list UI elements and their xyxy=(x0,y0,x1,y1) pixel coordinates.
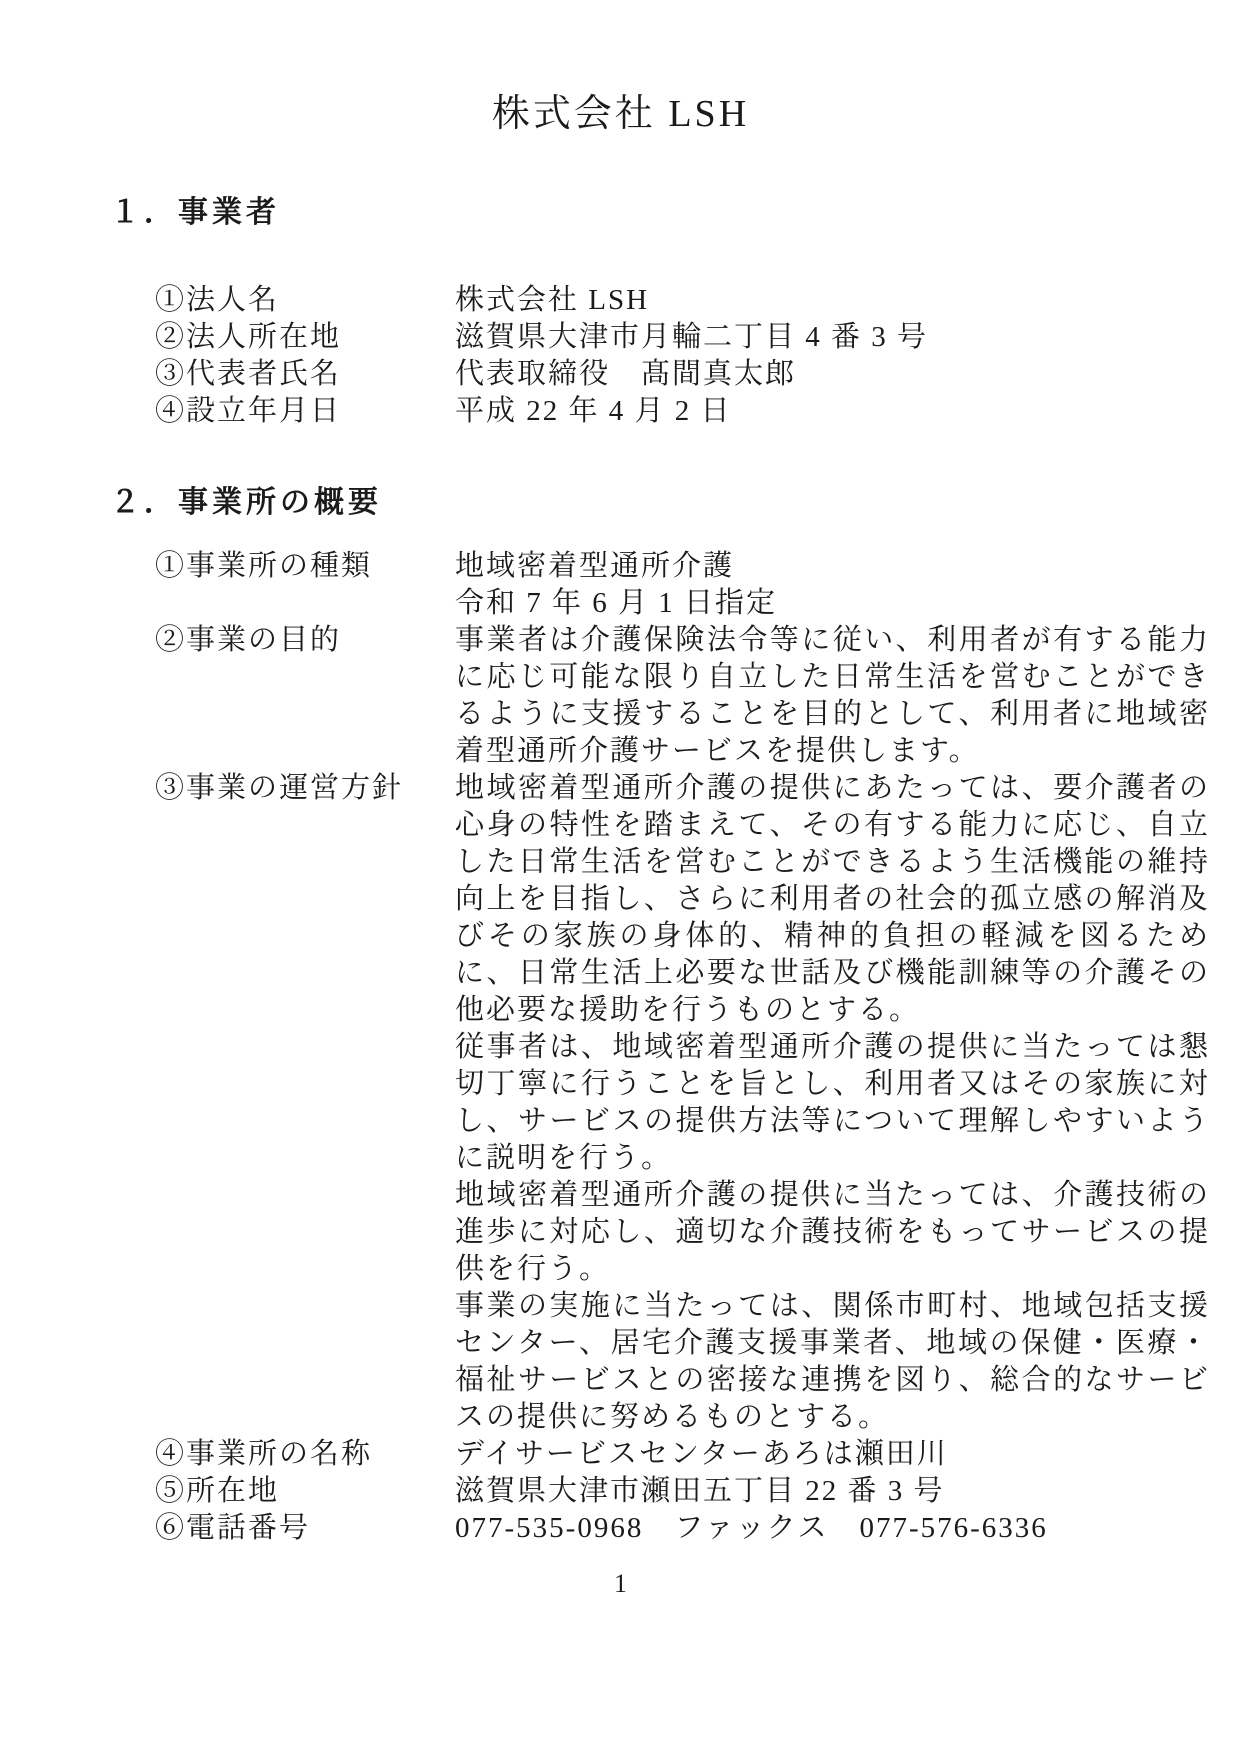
corporate-address-text: 滋賀県大津市月輪二丁目 4 番 3 号 xyxy=(455,319,1210,356)
row-office-address-value: 滋賀県大津市瀬田五丁目 22 番 3 号 xyxy=(455,1473,1210,1510)
row-operation-policy-value: 地域密着型通所介護の提供にあたっては、要介護者の心身の特性を踏まえて、その有する… xyxy=(455,770,1210,1436)
operation-policy-paragraph-2: 従事者は、地域密着型通所介護の提供に当たっては懇切丁寧に行うことを旨とし、利用者… xyxy=(455,1029,1210,1177)
page-number: 1 xyxy=(0,1567,1241,1600)
row-operation-policy-label: ③事業の運営方針 xyxy=(155,770,455,807)
row-business-purpose-label: ②事業の目的 xyxy=(155,622,455,659)
operation-policy-paragraph-4: 事業の実施に当たっては、関係市町村、地域包括支援センター、居宅介護支援事業者、地… xyxy=(455,1288,1210,1436)
operation-policy-paragraph-1: 地域密着型通所介護の提供にあたっては、要介護者の心身の特性を踏まえて、その有する… xyxy=(455,770,1210,1029)
row-office-type-value: 地域密着型通所介護 令和 7 年 6 月 1 日指定 xyxy=(455,548,1210,622)
row-office-address: ⑤所在地 滋賀県大津市瀬田五丁目 22 番 3 号 xyxy=(155,1473,1241,1510)
row-corporate-address-label: ②法人所在地 xyxy=(155,319,455,356)
phone-fax-text: 077-535-0968 ファックス 077-576-6336 xyxy=(455,1510,1210,1547)
section-2-rows: ①事業所の種類 地域密着型通所介護 令和 7 年 6 月 1 日指定 ②事業の目… xyxy=(155,548,1241,1547)
row-office-type: ①事業所の種類 地域密着型通所介護 令和 7 年 6 月 1 日指定 xyxy=(155,548,1241,622)
office-address-text: 滋賀県大津市瀬田五丁目 22 番 3 号 xyxy=(455,1473,1210,1510)
row-business-purpose-value: 事業者は介護保険法令等に従い、利用者が有する能力に応じ可能な限り自立した日常生活… xyxy=(455,622,1210,770)
row-operation-policy: ③事業の運営方針 地域密着型通所介護の提供にあたっては、要介護者の心身の特性を踏… xyxy=(155,770,1241,1436)
row-representative-label: ③代表者氏名 xyxy=(155,356,455,393)
row-establishment-date-value: 平成 22 年 4 月 2 日 xyxy=(455,393,1210,430)
row-corporate-address-value: 滋賀県大津市月輪二丁目 4 番 3 号 xyxy=(455,319,1210,356)
row-office-type-label: ①事業所の種類 xyxy=(155,548,455,585)
row-phone-number: ⑥電話番号 077-535-0968 ファックス 077-576-6336 xyxy=(155,1510,1241,1547)
row-corporate-address: ②法人所在地 滋賀県大津市月輪二丁目 4 番 3 号 xyxy=(155,319,1241,356)
corporate-name-text: 株式会社 LSH xyxy=(455,282,1210,319)
section-1-heading: １．事業者 xyxy=(110,194,1241,232)
row-representative-value: 代表取締役 髙間真太郎 xyxy=(455,356,1210,393)
business-purpose-text: 事業者は介護保険法令等に従い、利用者が有する能力に応じ可能な限り自立した日常生活… xyxy=(455,622,1210,770)
document-page: 株式会社 LSH １．事業者 ①法人名 株式会社 LSH ②法人所在地 滋賀県大… xyxy=(0,0,1241,1755)
office-type-designation-date-text: 令和 7 年 6 月 1 日指定 xyxy=(455,585,1210,622)
section-2-heading: ２．事業所の概要 xyxy=(110,484,1241,522)
row-representative: ③代表者氏名 代表取締役 髙間真太郎 xyxy=(155,356,1241,393)
row-office-name-value: デイサービスセンターあろは瀬田川 xyxy=(455,1436,1210,1473)
office-type-text: 地域密着型通所介護 xyxy=(455,548,1210,585)
row-business-purpose: ②事業の目的 事業者は介護保険法令等に従い、利用者が有する能力に応じ可能な限り自… xyxy=(155,622,1241,770)
row-corporate-name: ①法人名 株式会社 LSH xyxy=(155,282,1241,319)
row-corporate-name-value: 株式会社 LSH xyxy=(455,282,1210,319)
row-establishment-date-label: ④設立年月日 xyxy=(155,393,455,430)
row-office-name-label: ④事業所の名称 xyxy=(155,1436,455,1473)
office-name-text: デイサービスセンターあろは瀬田川 xyxy=(455,1436,1210,1473)
section-1-rows: ①法人名 株式会社 LSH ②法人所在地 滋賀県大津市月輪二丁目 4 番 3 号… xyxy=(155,282,1241,430)
row-establishment-date: ④設立年月日 平成 22 年 4 月 2 日 xyxy=(155,393,1241,430)
establishment-date-text: 平成 22 年 4 月 2 日 xyxy=(455,393,1210,430)
row-office-name: ④事業所の名称 デイサービスセンターあろは瀬田川 xyxy=(155,1436,1241,1473)
row-phone-number-label: ⑥電話番号 xyxy=(155,1510,455,1547)
representative-text: 代表取締役 髙間真太郎 xyxy=(455,356,1210,393)
document-title: 株式会社 LSH xyxy=(0,90,1241,138)
row-corporate-name-label: ①法人名 xyxy=(155,282,455,319)
row-office-address-label: ⑤所在地 xyxy=(155,1473,455,1510)
row-phone-number-value: 077-535-0968 ファックス 077-576-6336 xyxy=(455,1510,1210,1547)
operation-policy-paragraph-3: 地域密着型通所介護の提供に当たっては、介護技術の進歩に対応し、適切な介護技術をも… xyxy=(455,1177,1210,1288)
